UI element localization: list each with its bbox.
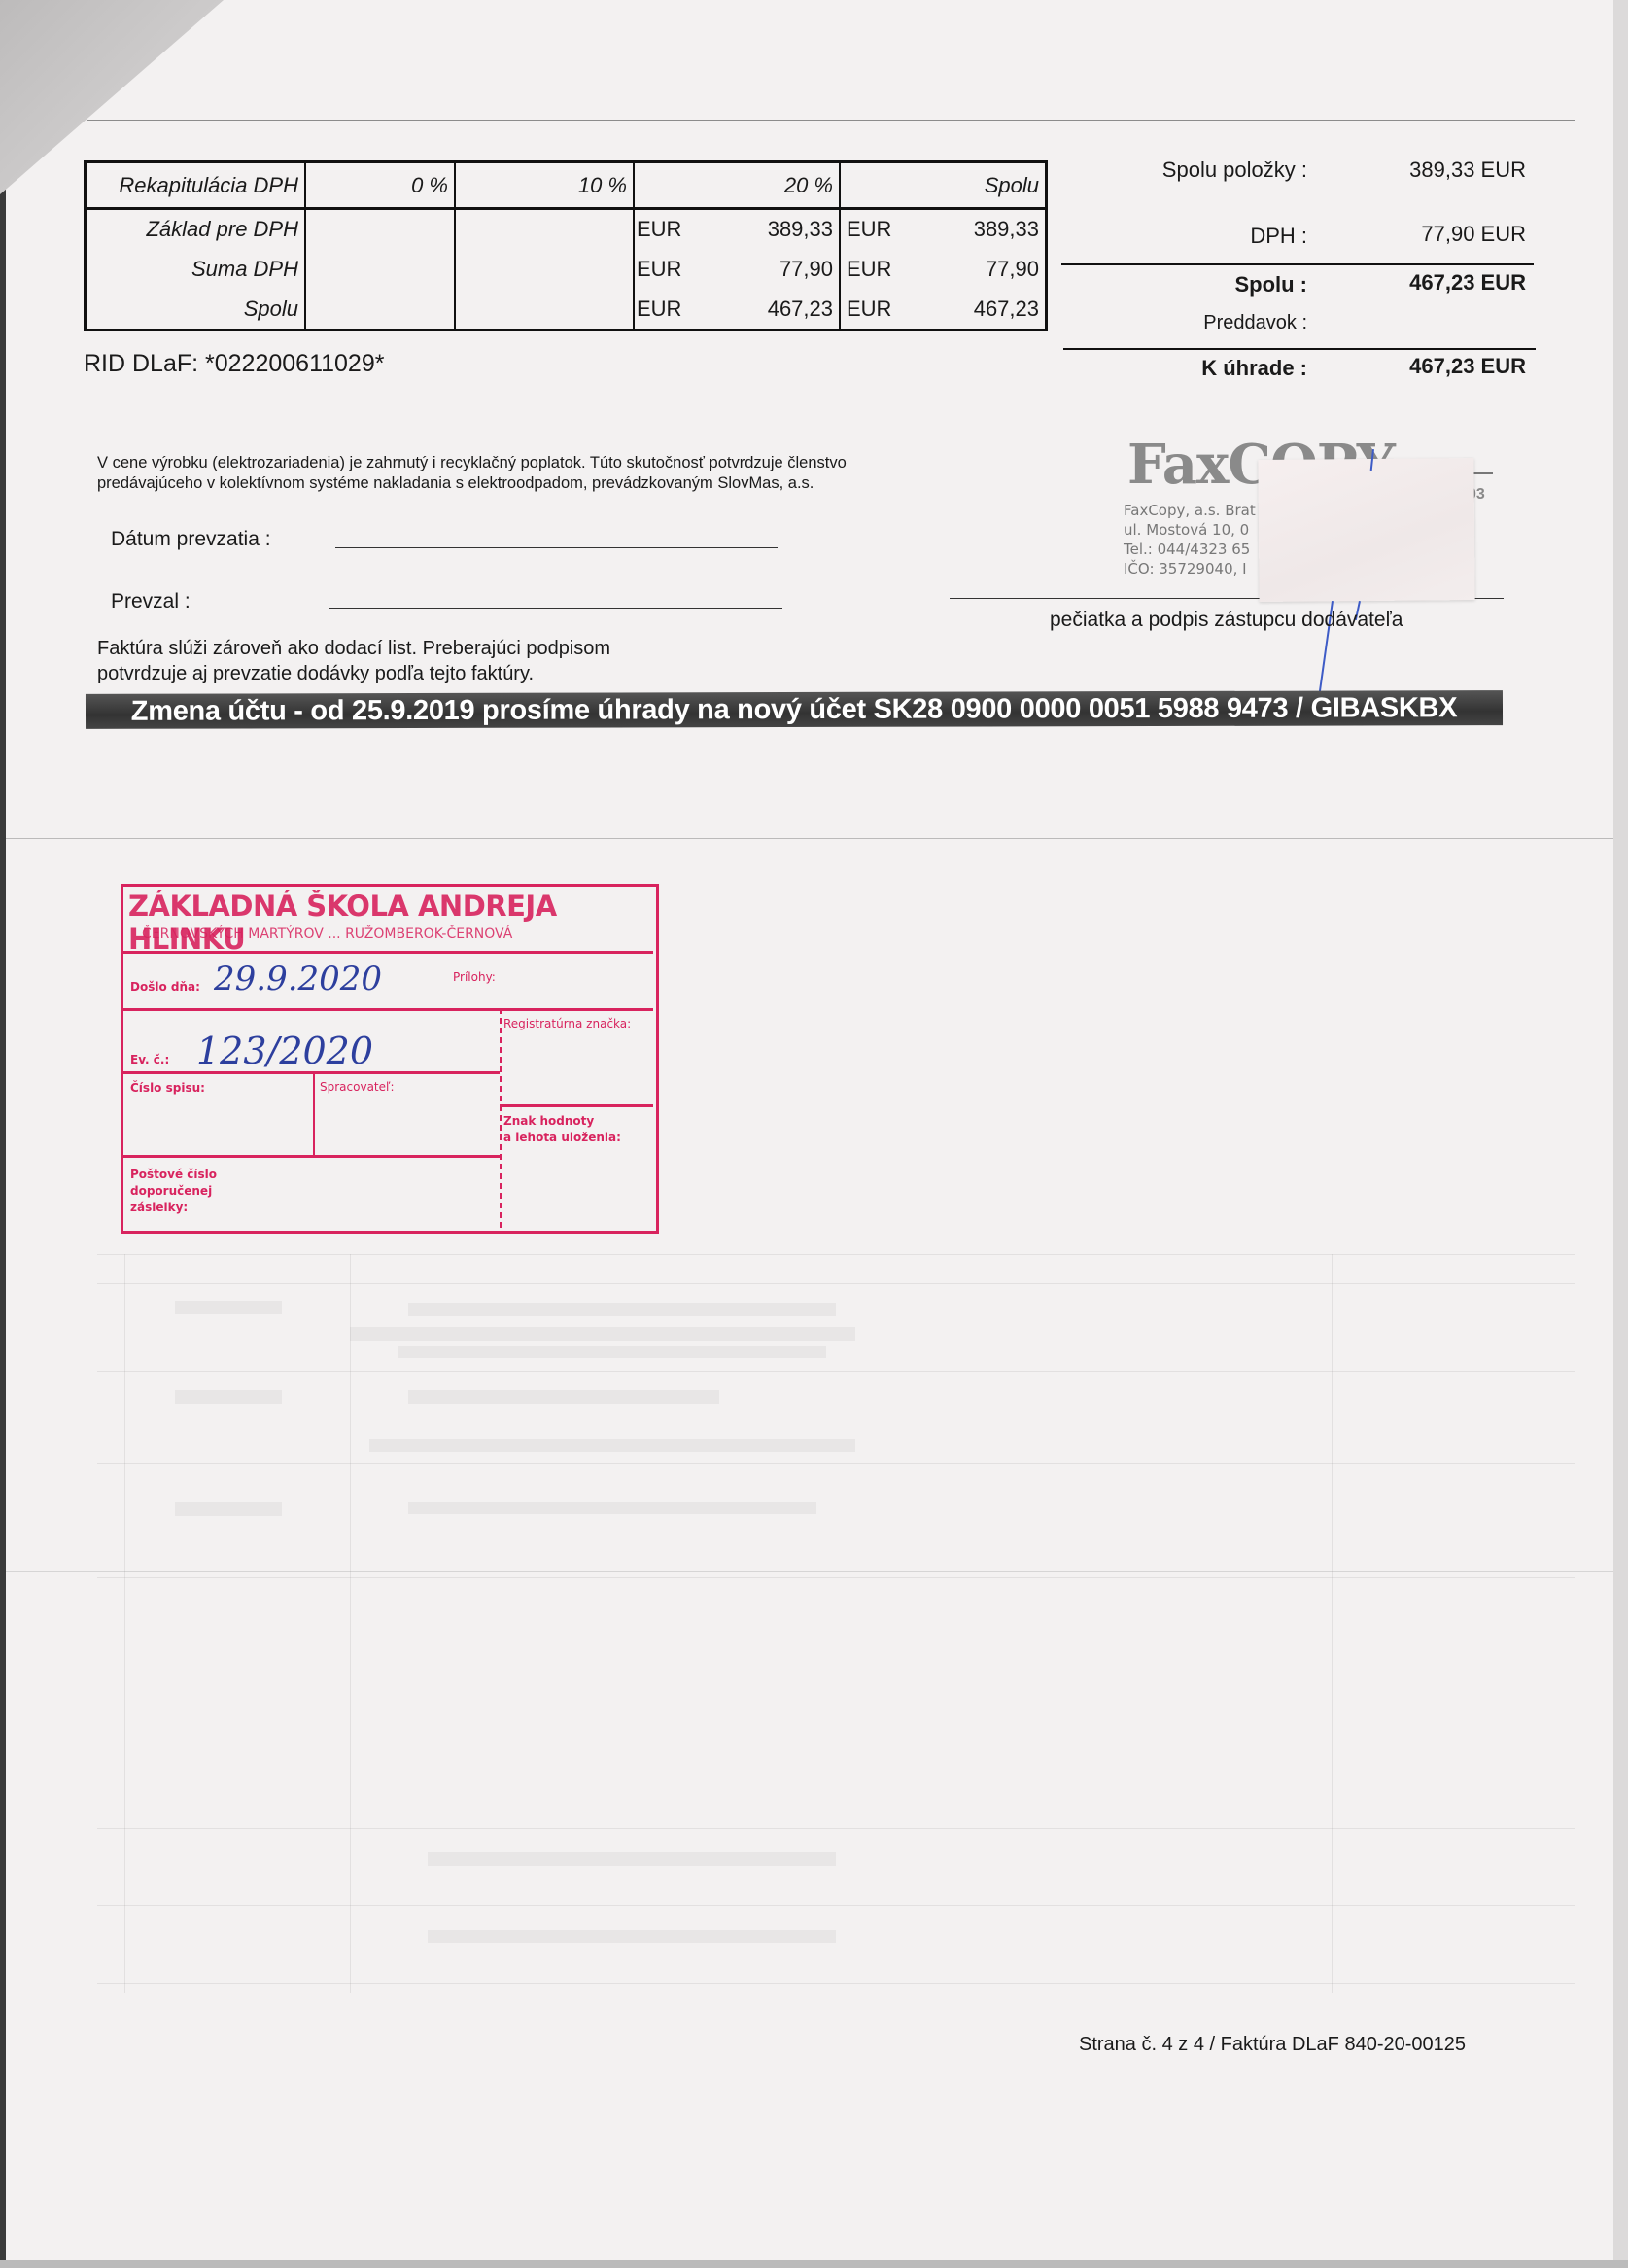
stamp-divider bbox=[500, 1008, 502, 1228]
attachments-label: Prílohy: bbox=[453, 970, 496, 984]
row-label: Spolu bbox=[86, 289, 306, 330]
currency: EUR bbox=[634, 209, 701, 250]
recycling-note-line: V cene výrobku (elektrozariadenia) je za… bbox=[97, 453, 1030, 473]
receipt-date-line bbox=[335, 547, 778, 548]
supplier-stamp-line: ul. Mostová 10, 0 bbox=[1124, 520, 1256, 540]
header-rate-10: 10 % bbox=[455, 162, 634, 209]
handler-label: Spracovateľ: bbox=[320, 1080, 395, 1094]
postal-label-line: doporučenej bbox=[130, 1183, 217, 1200]
supplier-stamp-line: FaxCopy, a.s. Brat bbox=[1124, 501, 1256, 520]
row-label: Suma DPH bbox=[86, 250, 306, 290]
stamp-subtitle: ČERNOVSKÝCH MARTÝROV ... RUŽOMBEROK-ČERN… bbox=[142, 926, 512, 942]
received-date-label: Došlo dňa: bbox=[130, 980, 200, 994]
vat-label: DPH : bbox=[1016, 224, 1307, 249]
currency: EUR bbox=[634, 250, 701, 290]
redaction-sticker bbox=[1258, 458, 1474, 602]
amount-due-value: 467,23 EUR bbox=[1332, 354, 1526, 379]
header-label: Rekapitulácia DPH bbox=[86, 162, 306, 209]
scan-edge-left bbox=[0, 0, 6, 2268]
delivery-note-line: Faktúra slúži zároveň ako dodací list. P… bbox=[97, 636, 610, 661]
vat-table-header: Rekapitulácia DPH 0 % 10 % 20 % Spolu bbox=[86, 162, 1047, 209]
scan-edge-right bbox=[1613, 0, 1628, 2268]
account-change-banner: Zmena účtu - od 25.9.2019 prosíme úhrady… bbox=[86, 690, 1503, 729]
value-mark-label: Znak hodnoty a lehota uloženia: bbox=[503, 1113, 621, 1146]
currency: EUR bbox=[840, 209, 920, 250]
registry-mark-label: Registratúrna značka: bbox=[503, 1017, 631, 1030]
page-footer: Strana č. 4 z 4 / Faktúra DLaF 840-20-00… bbox=[1079, 2034, 1466, 2056]
paper-fold bbox=[6, 838, 1613, 839]
stamp-divider bbox=[121, 1155, 500, 1158]
amount: 389,33 bbox=[701, 209, 840, 250]
amount-due-label: K úhrade : bbox=[1016, 356, 1307, 381]
header-rule bbox=[87, 120, 1575, 121]
supplier-stamp-text: FaxCopy, a.s. Brat ul. Mostová 10, 0 Tel… bbox=[1124, 501, 1256, 578]
stamp-divider bbox=[121, 1071, 500, 1074]
currency: EUR bbox=[840, 250, 920, 290]
recycling-note: V cene výrobku (elektrozariadenia) je za… bbox=[97, 453, 1030, 494]
amount: 467,23 bbox=[701, 289, 840, 330]
supplier-stamp-line: Tel.: 044/4323 65 bbox=[1124, 540, 1256, 559]
delivery-note: Faktúra slúži zároveň ako dodací list. P… bbox=[97, 636, 610, 686]
total-label: Spolu : bbox=[1016, 272, 1307, 297]
registry-stamp: ZÁKLADNÁ ŠKOLA ANDREJA HLINKU ČERNOVSKÝC… bbox=[121, 884, 659, 1234]
cell-empty bbox=[305, 289, 455, 330]
stamp-divider bbox=[500, 1104, 653, 1107]
cell-empty bbox=[305, 250, 455, 290]
cell-empty bbox=[455, 250, 634, 290]
recycling-note-line: predávajúceho v kolektívnom systéme nakl… bbox=[97, 473, 1030, 494]
total-value: 467,23 EUR bbox=[1332, 270, 1526, 296]
cell-empty bbox=[455, 289, 634, 330]
stamp-divider bbox=[121, 951, 653, 954]
header-rate-20: 20 % bbox=[634, 162, 840, 209]
value-mark-line: a lehota uloženia: bbox=[503, 1130, 621, 1146]
supplier-stamp-line: IČO: 35729040, I bbox=[1124, 559, 1256, 578]
stamp-title: ZÁKLADNÁ ŠKOLA ANDREJA HLINKU bbox=[128, 890, 659, 956]
table-row: Spolu EUR 467,23 EUR 467,23 bbox=[86, 289, 1047, 330]
currency: EUR bbox=[840, 289, 920, 330]
receipt-date-label: Dátum prevzatia : bbox=[111, 528, 271, 551]
summary-rule bbox=[1061, 263, 1534, 265]
amount: 77,90 bbox=[701, 250, 840, 290]
paper-fold bbox=[6, 1571, 1613, 1572]
row-label: Základ pre DPH bbox=[86, 209, 306, 250]
vat-value: 77,90 EUR bbox=[1332, 222, 1526, 247]
stamp-divider bbox=[313, 1071, 315, 1155]
file-no-label: Číslo spisu: bbox=[130, 1081, 205, 1095]
signature-caption: pečiatka a podpis zástupcu dodávateľa bbox=[1050, 609, 1403, 632]
currency: EUR bbox=[634, 289, 701, 330]
stamp-divider bbox=[121, 1008, 653, 1011]
rid-code: RID DLaF: *022200611029* bbox=[84, 350, 384, 378]
postal-label-line: Poštové číslo bbox=[130, 1167, 217, 1183]
items-total-value: 389,33 EUR bbox=[1332, 157, 1526, 183]
table-row: Suma DPH EUR 77,90 EUR 77,90 bbox=[86, 250, 1047, 290]
reg-no-value: 123/2020 bbox=[196, 1029, 373, 1072]
vat-recap-table: Rekapitulácia DPH 0 % 10 % 20 % Spolu Zá… bbox=[84, 160, 1048, 331]
postal-no-label: Poštové číslo doporučenej zásielky: bbox=[130, 1167, 217, 1216]
cell-empty bbox=[455, 209, 634, 250]
cell-empty bbox=[305, 209, 455, 250]
postal-label-line: zásielky: bbox=[130, 1200, 217, 1216]
table-row: Základ pre DPH EUR 389,33 EUR 389,33 bbox=[86, 209, 1047, 250]
header-rate-0: 0 % bbox=[305, 162, 455, 209]
reg-no-label: Ev. č.: bbox=[130, 1053, 169, 1066]
items-total-label: Spolu položky : bbox=[1016, 157, 1307, 183]
received-date-value: 29.9.2020 bbox=[214, 960, 382, 998]
scan-edge-bottom bbox=[0, 2260, 1628, 2268]
received-by-line bbox=[329, 608, 782, 609]
delivery-note-line: potvrdzuje aj prevzatie dodávky podľa te… bbox=[97, 661, 610, 686]
received-by-label: Prevzal : bbox=[111, 590, 191, 613]
summary-rule bbox=[1063, 348, 1536, 350]
advance-label: Preddavok : bbox=[1016, 312, 1307, 334]
value-mark-line: Znak hodnoty bbox=[503, 1113, 621, 1130]
